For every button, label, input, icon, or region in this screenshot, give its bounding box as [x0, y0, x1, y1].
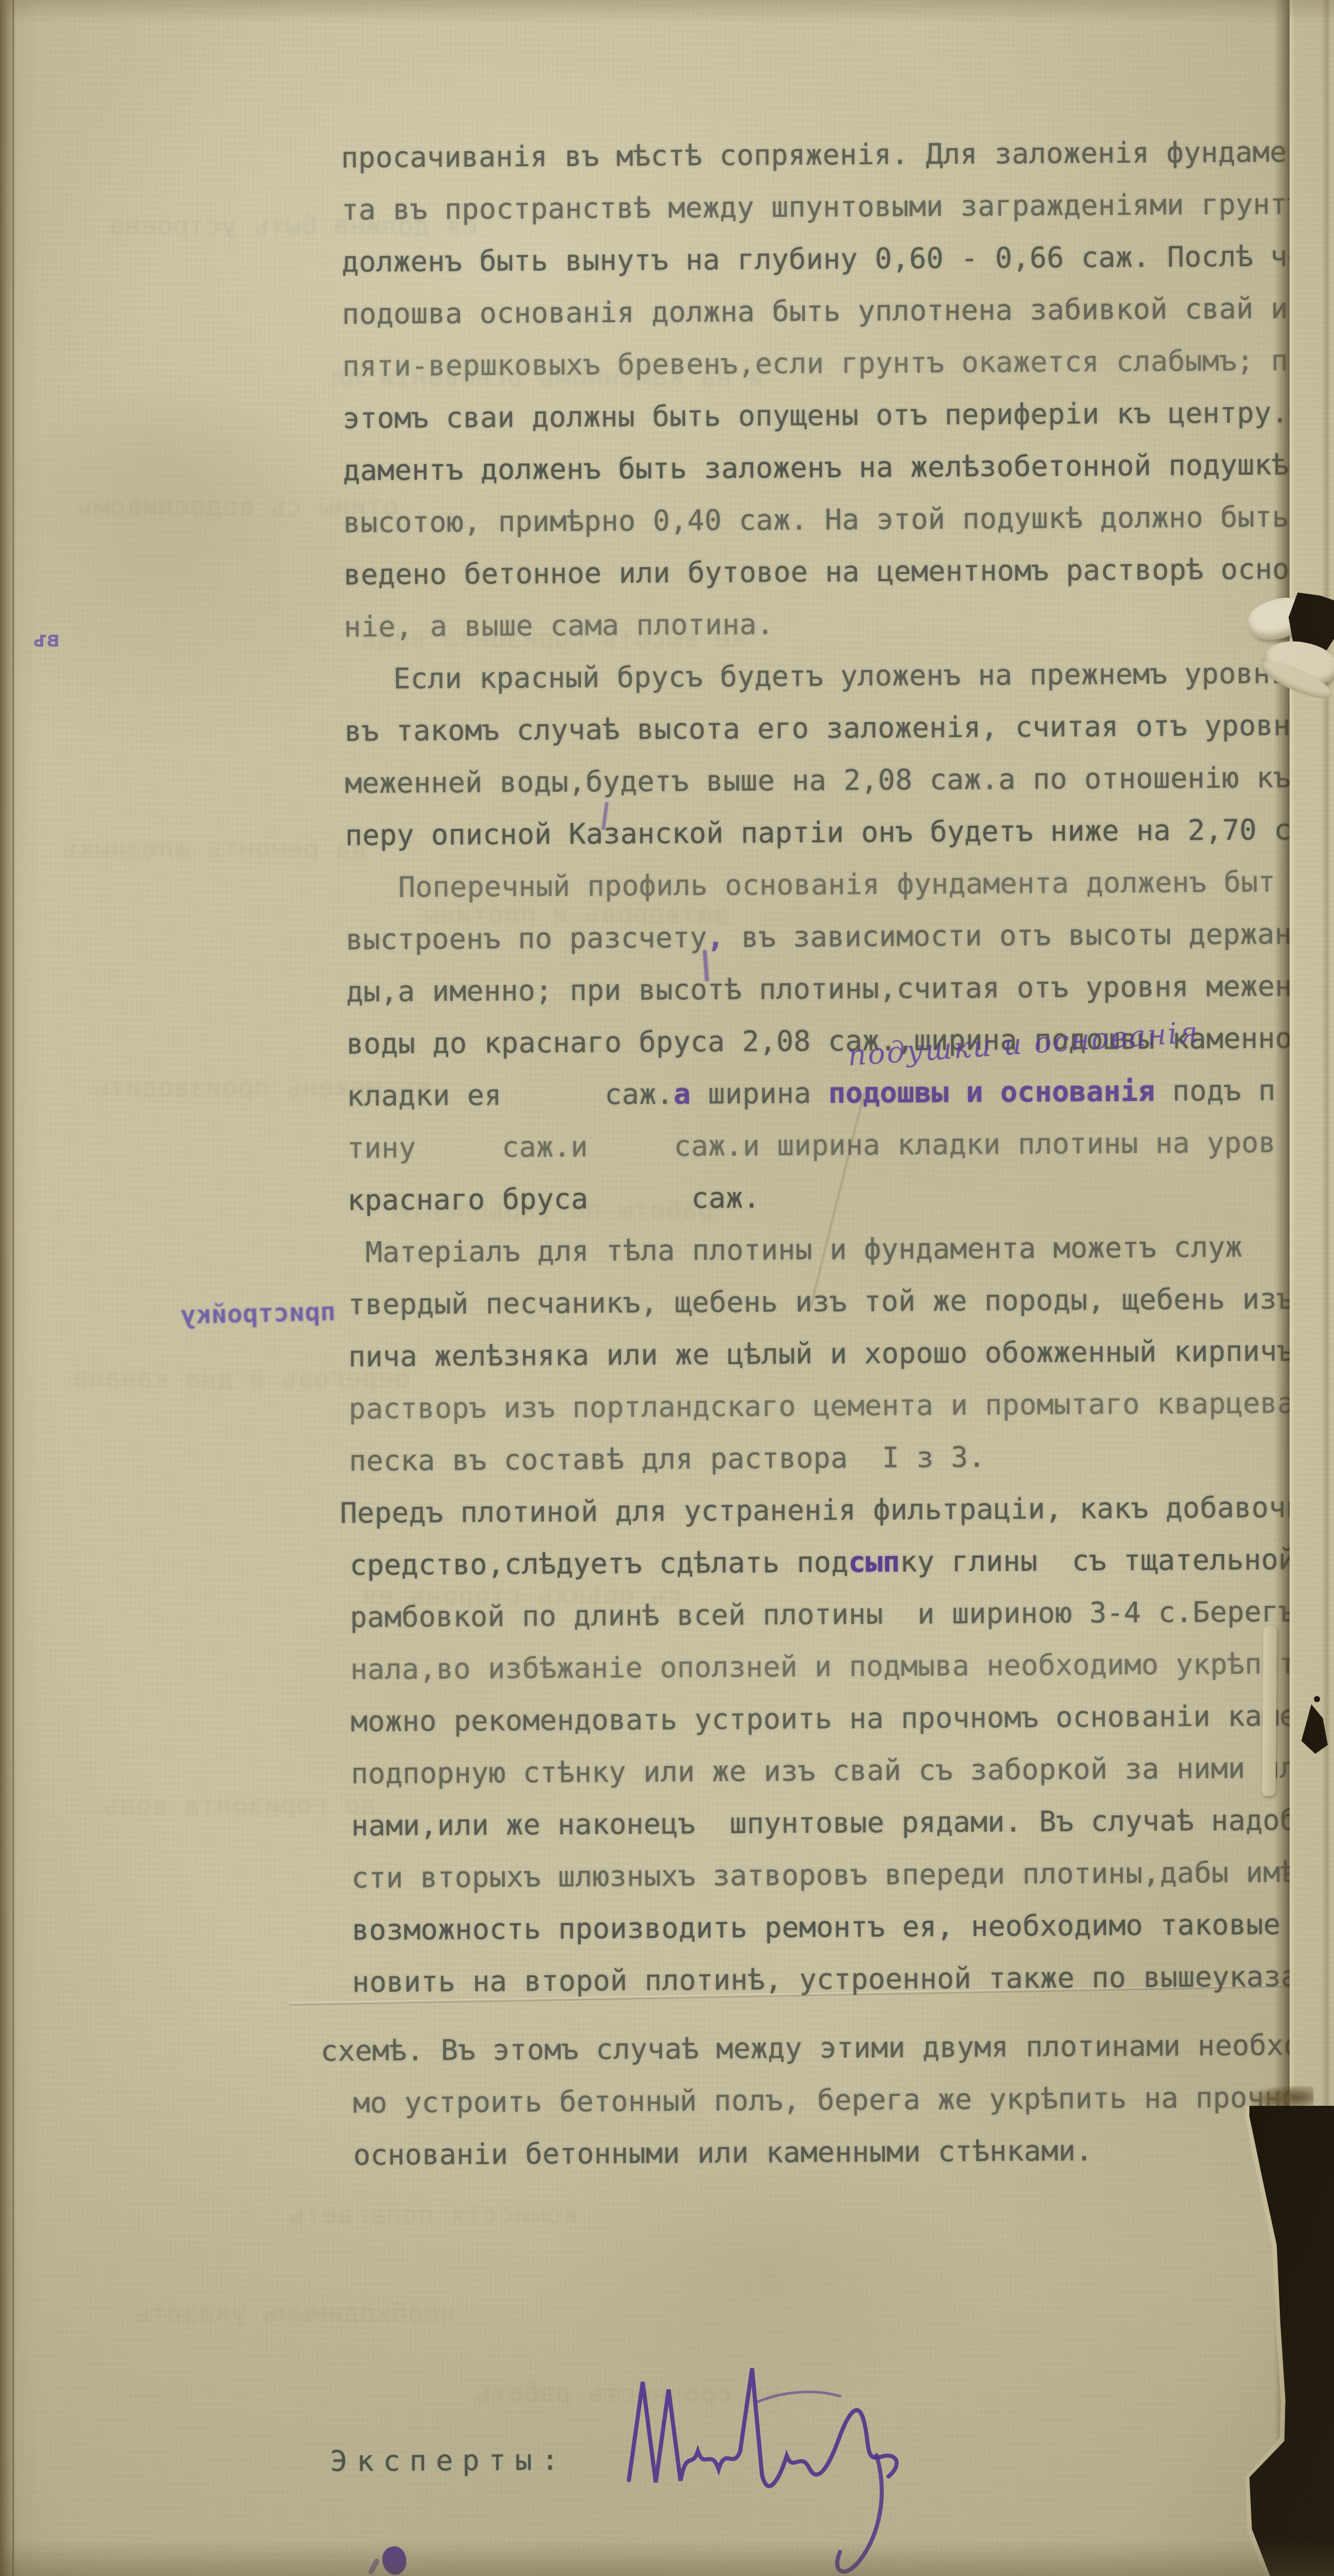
typed-line: основаніи бетонными или каменными стѣнка…: [353, 2133, 1093, 2173]
typed-line: Матеріалъ для тѣла плотины и фундамента …: [365, 1229, 1242, 1270]
typed-line: пяти-вершковыхъ бревенъ,если грунтъ окаж…: [342, 342, 1323, 385]
typed-line: Поперечный профиль основанія фундамента …: [398, 863, 1275, 905]
typed-line: растворъ изъ портландскаго цемента и про…: [348, 1385, 1329, 1427]
ink-blob-signature-start: [379, 2544, 410, 2576]
typed-line: песка въ составѣ для раствора I з 3.: [349, 1439, 986, 1479]
typed-line: долженъ быть вынутъ на глубину 0,60 - 0,…: [342, 238, 1322, 280]
experts-label: Эксперты:: [330, 2443, 568, 2478]
typed-line: можно рекомендовать устроить на прочномъ…: [351, 1698, 1297, 1739]
ink-blob-tail: [368, 2558, 380, 2575]
typed-line: мо устроить бетонный полъ, берега же укр…: [353, 2079, 1333, 2121]
typed-line: кладки ея саж.а ширина подошвы и основан…: [347, 1072, 1276, 1114]
typed-line: въ такомъ случаѣ высота его заложенія, с…: [344, 707, 1308, 749]
typed-line: ніе, а выше сама плотина.: [344, 606, 774, 645]
expert-signature: [597, 2339, 960, 2576]
typed-line: этомъ сваи должны быть опущены отъ периф…: [343, 394, 1323, 437]
typed-line: средство,слѣдуетъ сдѣлать подсыпку глины…: [350, 1541, 1330, 1583]
scanned-document-page: ея должна быть устроенаи на каменномъ ос…: [0, 0, 1334, 2576]
typed-line: просачиванія въ мѣстѣ сопряженія. Для за…: [341, 134, 1321, 176]
typed-line: перу описной Казанской партіи онъ будетъ…: [345, 811, 1325, 854]
typed-lines: просачиванія въ мѣстѣ сопряженія. Для за…: [0, 0, 1333, 1]
typed-line: ды,а именно; при высотѣ плотины,считая о…: [346, 968, 1326, 1010]
mirrored-ink-stamp: пристройку: [180, 1297, 336, 1330]
binding-edge: [0, 0, 41, 2576]
typed-text-block: просачиванія въ мѣстѣ сопряженія. Для за…: [0, 0, 1334, 2576]
typed-line: ведено бетонное или бутовое на цементном…: [343, 551, 1324, 593]
typed-line: меженней воды,будетъ выше на 2,08 саж.а …: [345, 759, 1325, 802]
typed-line: пича желѣзняка или же цѣлый и хорошо обо…: [348, 1333, 1312, 1374]
torn-edge-sliver: [1262, 1626, 1277, 1796]
typed-line: подпорную стѣнку или же изъ свай съ забо…: [351, 1750, 1314, 1791]
typed-line: сти вторыхъ шлюзныхъ затворовъ впереди п…: [352, 1854, 1315, 1896]
typed-line: новить на второй плотинѣ, устроенной так…: [352, 1958, 1315, 2000]
typed-line: нами,или же наконецъ шпунтовые рядами. В…: [351, 1802, 1297, 1844]
typed-line: выстроенъ по разсчету, въ зависимости от…: [346, 916, 1326, 958]
typed-line: возможность производить ремонтъ ея, необ…: [352, 1906, 1315, 1948]
typed-line: краснаго бруса саж.: [347, 1179, 760, 1218]
typed-line: твердый песчаникъ, щебень изъ той же пор…: [348, 1281, 1328, 1323]
typed-line: подошва основанія должна быть уплотнена …: [342, 290, 1322, 332]
typed-line: схемѣ. Въ этомъ случаѣ между этими двумя…: [321, 2027, 1301, 2069]
binding-edge-line: [12, 0, 14, 2576]
typed-line: нала,во избѣжаніе оползней и подмыва нео…: [350, 1645, 1313, 1687]
typed-line: даментъ долженъ быть заложенъ на желѣзоб…: [343, 446, 1306, 488]
typed-line: тину саж.и саж.и ширина кладки плотины н…: [347, 1124, 1276, 1166]
adjacent-sheet-edge: [1290, 0, 1334, 2108]
typed-line: высотою, примѣрно 0,40 саж. На этой поду…: [343, 499, 1324, 541]
ink-blot-dot: [1314, 1696, 1320, 1702]
typed-line: Если красный брусъ будетъ уложенъ на пре…: [393, 655, 1288, 697]
typed-line: рамбовкой по длинѣ всей плотины и ширино…: [350, 1593, 1330, 1636]
typed-line: та въ пространствѣ между шпунтовыми загр…: [341, 186, 1305, 228]
typed-line: Передъ плотиной для устраненія фильтраці…: [340, 1489, 1320, 1531]
